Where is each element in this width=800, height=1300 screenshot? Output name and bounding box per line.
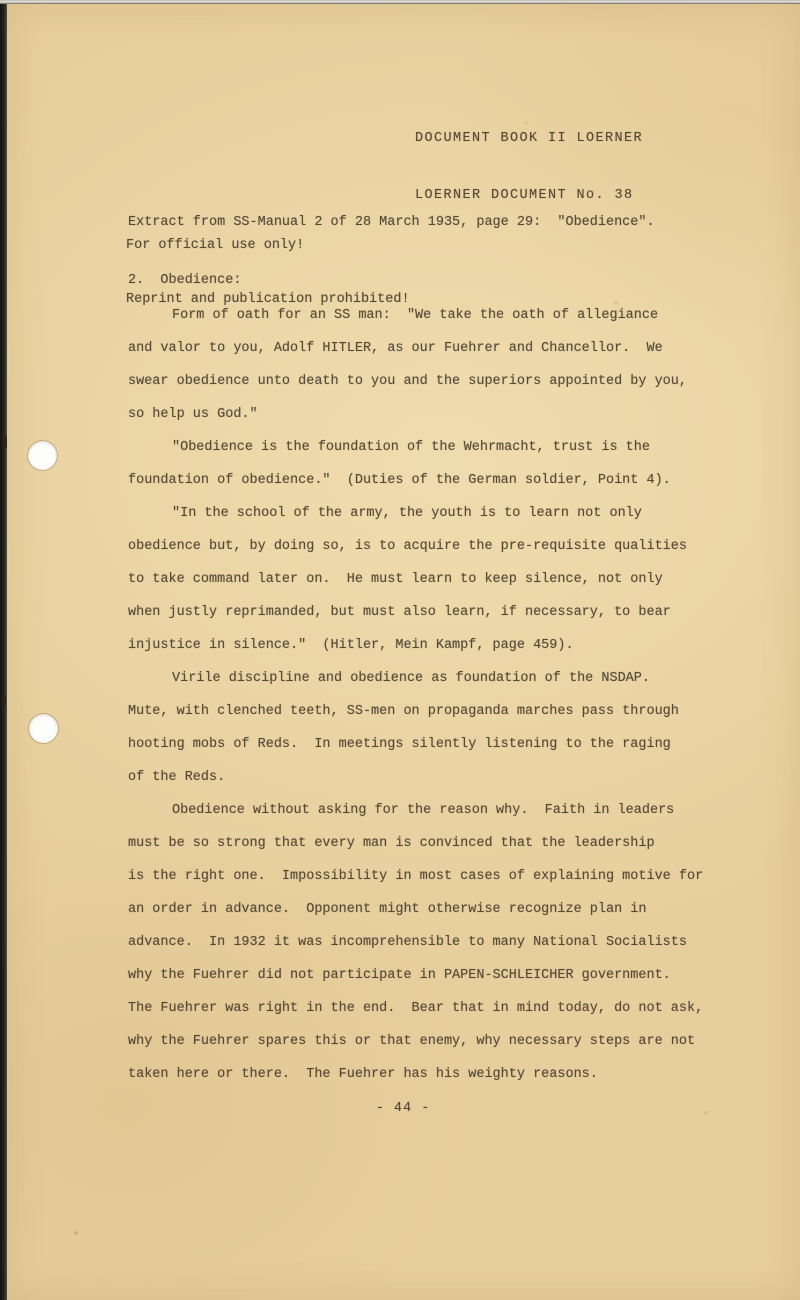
text-line: taken here or there. The Fuehrer has his… bbox=[128, 1058, 768, 1091]
scan-artifact-mark bbox=[4, 436, 7, 448]
text-line: Mute, with clenched teeth, SS-men on pro… bbox=[128, 695, 768, 728]
text-line: advance. In 1932 it was incomprehensible… bbox=[128, 926, 768, 959]
text-line: of the Reds. bbox=[128, 761, 768, 794]
text-line: so help us God." bbox=[128, 398, 768, 431]
scan-artifact-mark bbox=[3, 696, 6, 706]
text-line: "Obedience is the foundation of the Wehr… bbox=[128, 431, 768, 464]
text-line: obedience but, by doing so, is to acquir… bbox=[128, 530, 768, 563]
text-line: and valor to you, Adolf HITLER, as our F… bbox=[128, 332, 768, 365]
text-line: Obedience without asking for the reason … bbox=[128, 794, 768, 827]
scan-top-edge bbox=[0, 0, 800, 4]
text-line: Virile discipline and obedience as found… bbox=[128, 662, 768, 695]
text-line: injustice in silence." (Hitler, Mein Kam… bbox=[128, 629, 768, 662]
punch-hole-bottom bbox=[29, 714, 58, 743]
section-heading: 2. Obedience: bbox=[128, 273, 241, 288]
text-line: hooting mobs of Reds. In meetings silent… bbox=[128, 728, 768, 761]
text-line: to take command later on. He must learn … bbox=[128, 563, 768, 596]
text-line: why the Fuehrer did not participate in P… bbox=[128, 959, 768, 992]
body-lines: Form of oath for an SS man: "We take the… bbox=[128, 299, 768, 1091]
page-number: - 44 - bbox=[6, 1101, 800, 1116]
text-line: an order in advance. Opponent might othe… bbox=[128, 893, 768, 926]
text-line: is the right one. Impossibility in most … bbox=[128, 860, 768, 893]
text-line: foundation of obedience." (Duties of the… bbox=[128, 464, 768, 497]
text-line: "In the school of the army, the youth is… bbox=[128, 497, 768, 530]
punch-hole-top bbox=[28, 441, 57, 470]
text-line: when justly reprimanded, but must also l… bbox=[128, 596, 768, 629]
document-scan: DOCUMENT BOOK II LOERNER LOERNER DOCUMEN… bbox=[0, 0, 800, 1300]
text-line: The Fuehrer was right in the end. Bear t… bbox=[128, 992, 768, 1025]
scan-left-edge bbox=[0, 0, 7, 1300]
notice-line-1: For official use only! bbox=[126, 237, 410, 255]
document-page: DOCUMENT BOOK II LOERNER LOERNER DOCUMEN… bbox=[6, 3, 800, 1300]
header-line-1: DOCUMENT BOOK II LOERNER bbox=[415, 129, 643, 148]
text-line: swear obedience unto death to you and th… bbox=[128, 365, 768, 398]
text-line: why the Fuehrer spares this or that enem… bbox=[128, 1025, 768, 1058]
text-line: must be so strong that every man is conv… bbox=[128, 827, 768, 860]
text-line: Form of oath for an SS man: "We take the… bbox=[128, 299, 768, 332]
